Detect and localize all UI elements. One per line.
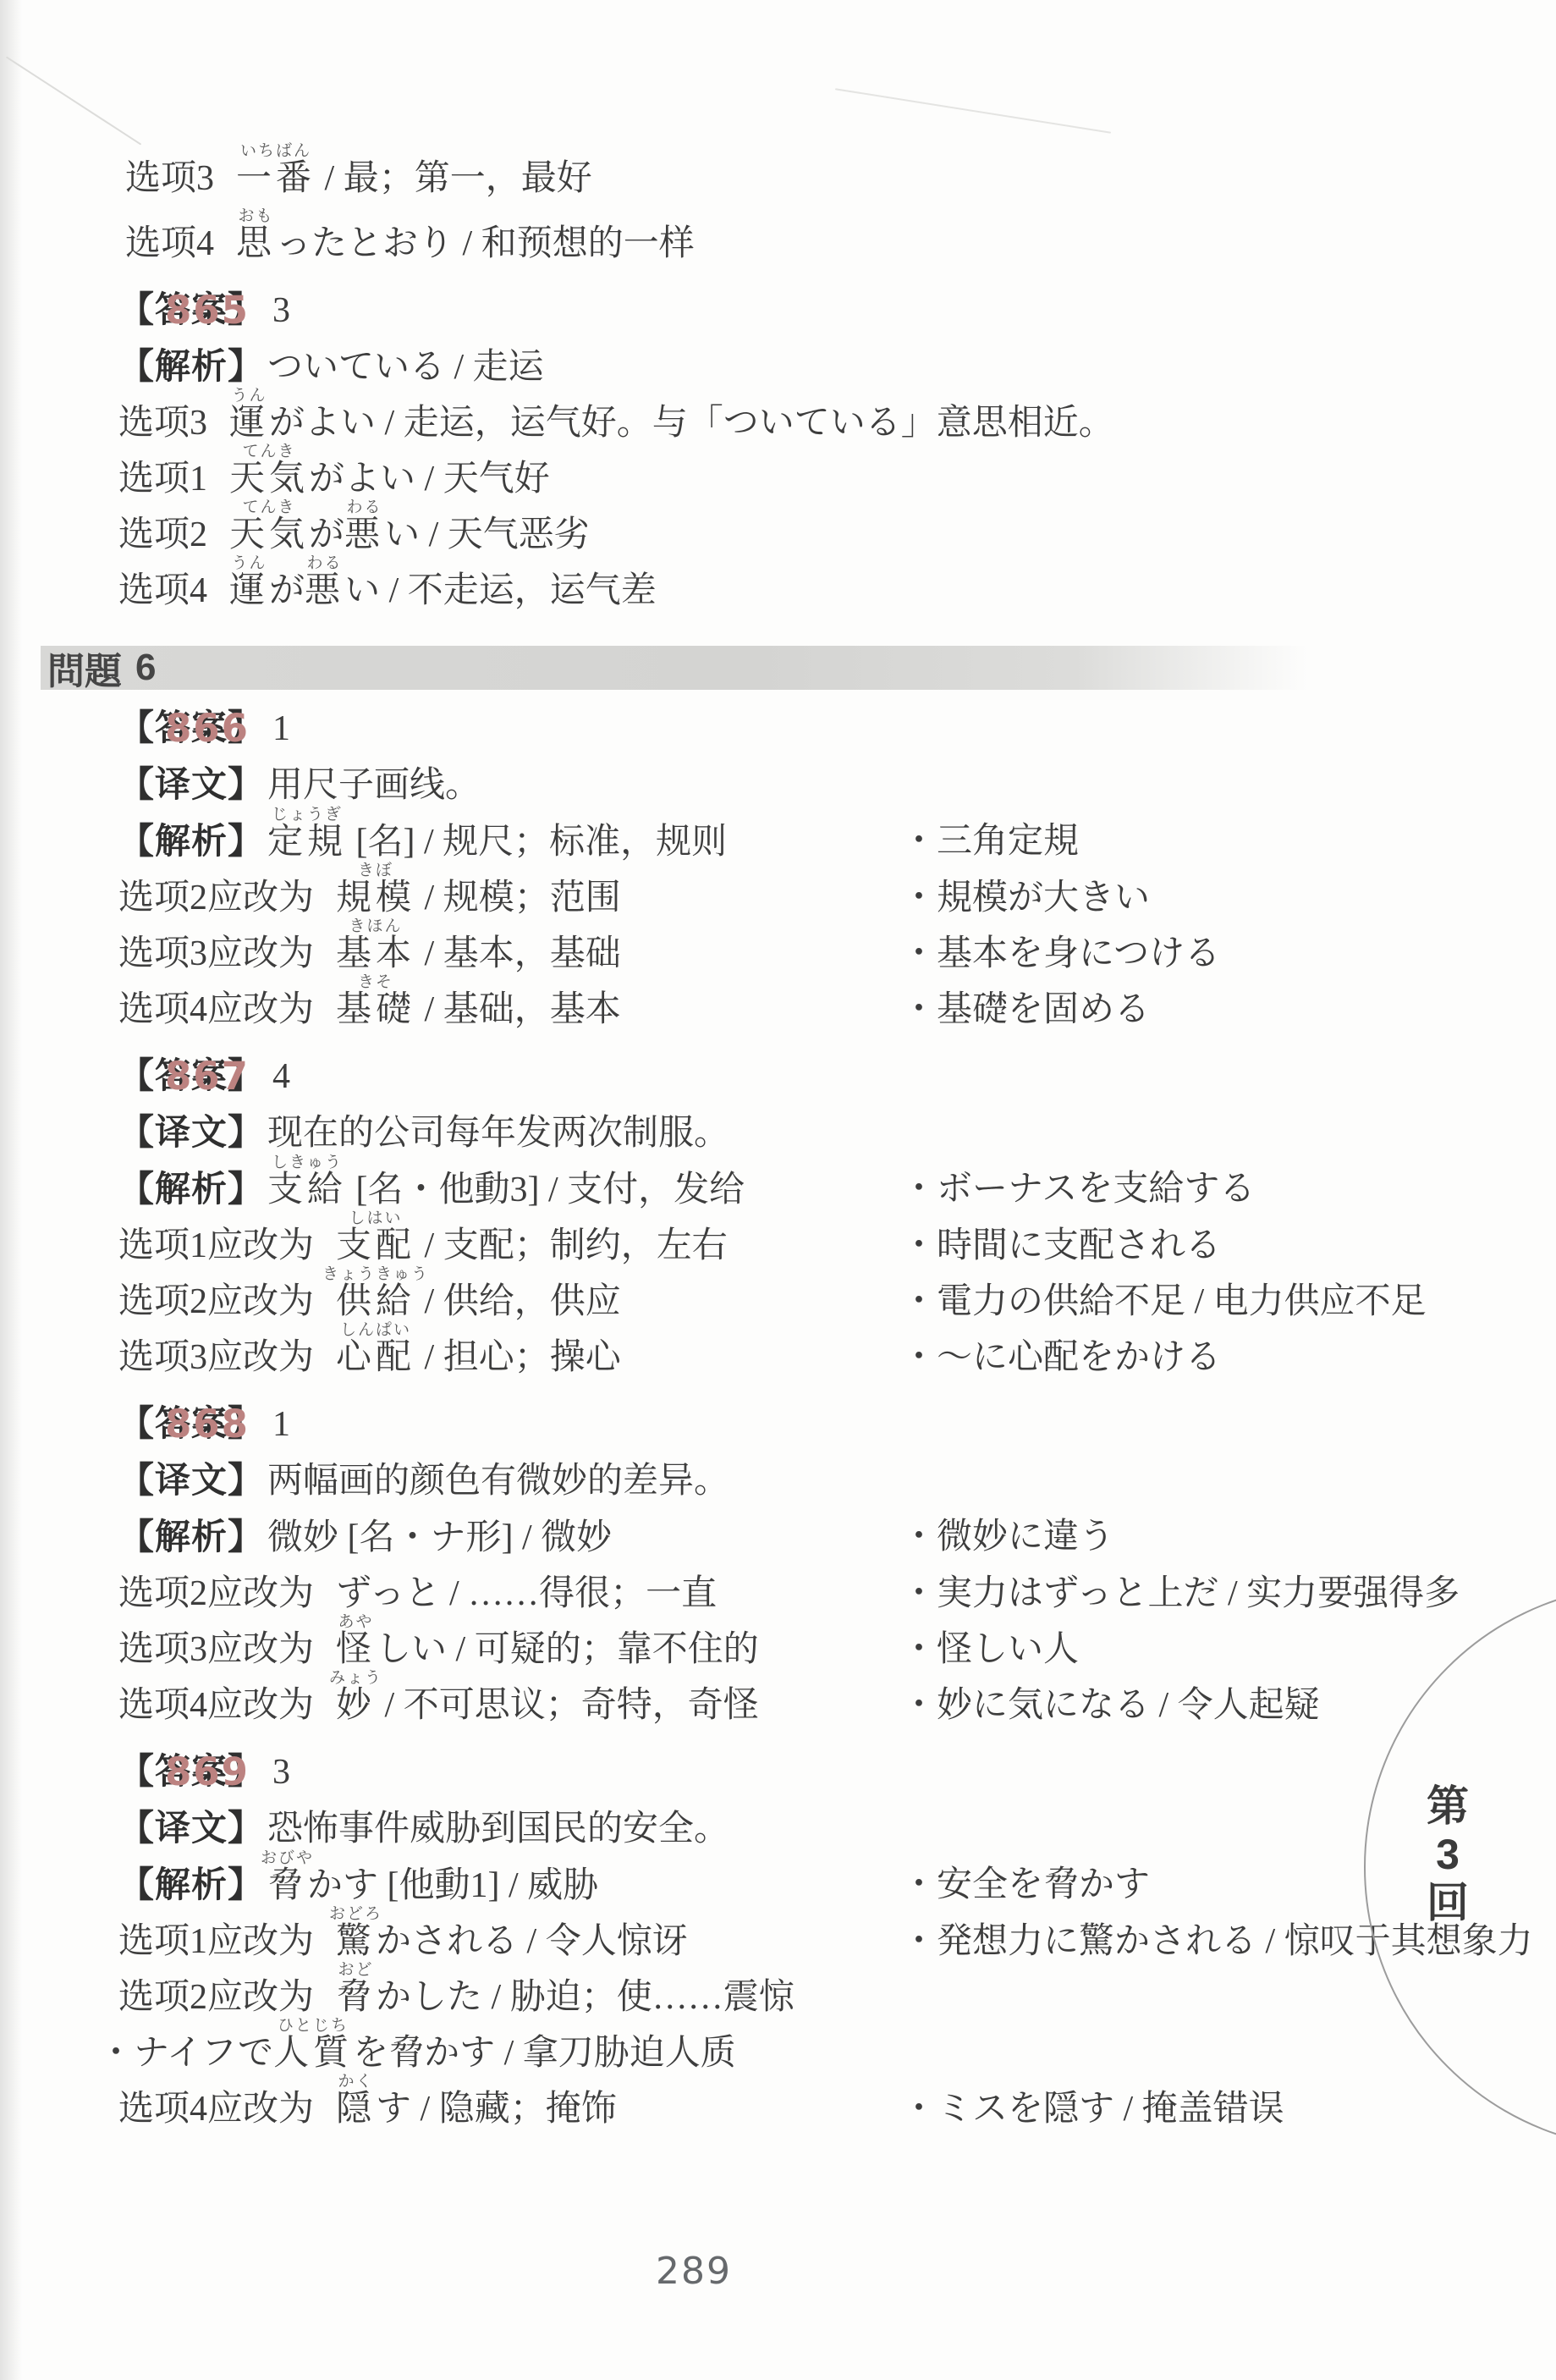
analysis-row: 【解析】 しきゅう支給 [名・他動3] / 支付，发给 ・ボーナスを支給する: [118, 1168, 1556, 1211]
answer-row: 867 【答案】 4: [118, 1055, 1556, 1098]
answer-value: 4: [272, 1055, 290, 1098]
answer-value: 3: [272, 1751, 290, 1793]
analysis-label: 【解析】: [118, 820, 264, 862]
option-row: 选项3应改为 きほん基本 / 基本，基础 ・基本を身につける: [118, 933, 1556, 975]
usage-example: ・規模が大きい: [901, 877, 1150, 919]
option-label: 选项2应改为: [118, 1573, 314, 1615]
option-row: 选项2应改为 きぼ規模 / 规模；范围 ・規模が大きい: [118, 877, 1556, 919]
translation-label: 【译文】: [118, 1111, 264, 1154]
answer-entry-865: 865 【答案】 3 【解析】 ついている / 走运 选项3 うん運がよい / …: [0, 289, 1556, 612]
usage-example: ・三角定規: [901, 820, 1079, 862]
usage-example: ・微妙に違う: [901, 1516, 1114, 1558]
analysis-row: 【解析】 微妙 [名・ナ形] / 微妙 ・微妙に違う: [118, 1516, 1556, 1559]
option-text: しはい支配 / 支配；制约，左右: [336, 1225, 728, 1267]
option-row: 选项3应改为 しんぱい心配 / 担心；操心 ・～に心配をかける: [118, 1336, 1556, 1379]
option-row: 选项1应改为 おどろ驚かされる / 令人惊讶 ・発想力に驚かされる / 惊叹于其…: [118, 1920, 1556, 1963]
side-tab-char: 第: [1423, 1782, 1472, 1831]
option-row: 选项4应改为 きそ基礎 / 基础，基本 ・基礎を固める: [118, 989, 1556, 1031]
answer-value: 1: [272, 1403, 290, 1446]
usage-example: ・基本を身につける: [901, 933, 1220, 975]
option-row: 选项3应改为 あや怪しい / 可疑的；靠不住的 ・怪しい人: [118, 1628, 1556, 1671]
answer-value: 3: [272, 289, 290, 332]
option-text: きそ基礎 / 基础，基本: [336, 989, 621, 1031]
option-label: 选项3应改为: [118, 1336, 314, 1379]
page-content: 选项3 いちばん一番 / 最；第一，最好 选项4 おも思ったとおり / 和预想的…: [0, 0, 1556, 2130]
analysis-label: 【解析】: [118, 1864, 264, 1906]
usage-example: ・妙に気になる / 令人起疑: [901, 1684, 1320, 1727]
translation-text: 恐怖事件威胁到国民的安全。: [267, 1808, 729, 1850]
option-label: 选项4: [118, 570, 207, 612]
option-text: てんき天気がわる悪い / 天气恶劣: [229, 514, 590, 556]
analysis-row: 【解析】 おびや脅かす [他動1] / 威胁 ・安全を脅かす: [118, 1864, 1556, 1907]
option-text: みょう妙 / 不可思议；奇特，奇怪: [336, 1684, 759, 1727]
option-text: きぼ規模 / 规模；范围: [336, 877, 621, 919]
translation-label: 【译文】: [118, 1459, 264, 1501]
analysis-label: 【解析】: [118, 345, 264, 388]
option-text: きほん基本 / 基本，基础: [336, 933, 621, 975]
option-row: 选项2应改为 おど脅かした / 胁迫；使……震惊: [118, 1976, 1556, 2019]
option-row: 选项4应改为 みょう妙 / 不可思议；奇特，奇怪 ・妙に気になる / 令人起疑: [118, 1684, 1556, 1727]
option-row: 选项1应改为 しはい支配 / 支配；制约，左右 ・時間に支配される: [118, 1225, 1556, 1267]
option-label: 选项3: [125, 157, 214, 200]
option-row: 选项3 うん運がよい / 走运，运气好。与「ついている」意思相近。: [118, 402, 1556, 444]
analysis-row: 【解析】 じょうぎ定規 [名] / 规尺；标准，规则 ・三角定規: [118, 820, 1556, 863]
option-label: 选项4应改为: [118, 1684, 314, 1727]
side-tab-label: 第 3 回: [1423, 1782, 1472, 1927]
analysis-text: ついている / 走运: [267, 346, 544, 388]
option-row: 选项4应改为 かく隠す / 隐藏；掩饰 ・ミスを隠す / 掩盖错误: [118, 2088, 1556, 2130]
answer-row: 868 【答案】 1: [118, 1402, 1556, 1446]
analysis-text: しきゅう支給 [名・他動3] / 支付，发给: [267, 1169, 745, 1211]
option-label: 选项3应改为: [118, 1628, 314, 1671]
option-label: 选项4应改为: [118, 2088, 314, 2130]
answer-row: 869 【答案】 3: [118, 1750, 1556, 1793]
usage-example: ・ミスを隠す / 掩盖错误: [901, 2088, 1284, 2130]
option-row: 选项2应改为 ずっと / ……得很；一直 ・実力はずっと上だ / 实力要强得多: [118, 1573, 1556, 1615]
option-label: 选项1应改为: [118, 1225, 314, 1267]
option-label: 选项4: [125, 223, 214, 265]
translation-row: 【译文】 现在的公司每年发两次制服。: [118, 1111, 1556, 1154]
option-row: 选项4 おも思ったとおり / 和预想的一样: [125, 223, 1556, 265]
translation-row: 【译文】 用尺子画线。: [118, 763, 1556, 807]
option-text: かく隠す / 隐藏；掩饰: [336, 2088, 617, 2130]
option-label: 选项3: [118, 402, 207, 444]
answer-entry-869: 869 【答案】 3 【译文】 恐怖事件威胁到国民的安全。 【解析】 おびや脅か…: [0, 1750, 1556, 2130]
carryover-options: 选项3 いちばん一番 / 最；第一，最好 选项4 おも思ったとおり / 和预想的…: [0, 157, 1556, 265]
book-page: { "labels": { "answer": "【答案】", "transla…: [0, 0, 1556, 2380]
translation-text: 用尺子画线。: [267, 764, 481, 807]
option-row: 选项2 てんき天気がわる悪い / 天气恶劣: [118, 514, 1556, 556]
translation-text: 现在的公司每年发两次制服。: [267, 1112, 729, 1154]
answer-value: 1: [272, 708, 290, 750]
page-number: 289: [656, 2250, 732, 2293]
usage-example: ・怪しい人: [901, 1628, 1079, 1671]
continuation-line: ・ナイフでひとじち人質を脅かす / 拿刀胁迫人质: [98, 2032, 1556, 2074]
analysis-text: じょうぎ定規 [名] / 规尺；标准，规则: [267, 821, 727, 863]
option-text: いちばん一番 / 最；第一，最好: [236, 157, 592, 200]
option-label: 选项3应改为: [118, 933, 314, 975]
answer-entry-868: 868 【答案】 1 【译文】 两幅画的颜色有微妙的差异。 【解析】 微妙 [名…: [0, 1402, 1556, 1727]
option-text: しんぱい心配 / 担心；操心: [336, 1336, 621, 1379]
option-text: おも思ったとおり / 和预想的一样: [236, 223, 695, 265]
analysis-text: おびや脅かす [他動1] / 威胁: [267, 1865, 598, 1907]
option-row: 选项1 てんき天気がよい / 天气好: [118, 458, 1556, 500]
entry-number: 868: [165, 1404, 250, 1445]
translation-label: 【译文】: [118, 1807, 264, 1849]
answer-row: 866 【答案】 1: [118, 707, 1556, 750]
analysis-label: 【解析】: [118, 1168, 264, 1210]
analysis-label: 【解析】: [118, 1516, 264, 1558]
translation-label: 【译文】: [118, 763, 264, 806]
answer-entry-866: 866 【答案】 1 【译文】 用尺子画线。 【解析】 じょうぎ定規 [名] /…: [0, 707, 1556, 1031]
analysis-row: 【解析】 ついている / 走运: [118, 345, 1556, 388]
option-label: 选项1: [118, 458, 207, 500]
usage-example: ・安全を脅かす: [901, 1864, 1150, 1906]
usage-example: ・実力はずっと上だ / 实力要强得多: [901, 1573, 1460, 1615]
entry-number: 869: [165, 1752, 250, 1793]
entry-number: 865: [165, 290, 250, 331]
option-text: おどろ驚かされる / 令人惊讶: [336, 1920, 688, 1963]
option-row: 选项2应改为 きょうきゅう供給 / 供给，供应 ・電力の供給不足 / 电力供应不…: [118, 1281, 1556, 1323]
option-label: 选项2应改为: [118, 1281, 314, 1323]
entry-number: 867: [165, 1056, 250, 1097]
option-text: てんき天気がよい / 天气好: [229, 458, 550, 500]
option-label: 选项1应改为: [118, 1920, 314, 1963]
translation-row: 【译文】 恐怖事件威胁到国民的安全。: [118, 1807, 1556, 1850]
section-header-bar: 問題 6: [41, 646, 1333, 690]
translation-text: 两幅画的颜色有微妙的差异。: [267, 1460, 729, 1502]
option-label: 选项2应改为: [118, 877, 314, 919]
option-text: あや怪しい / 可疑的；靠不住的: [336, 1628, 759, 1671]
usage-example: ・時間に支配される: [901, 1225, 1221, 1267]
usage-example: ・ボーナスを支給する: [901, 1168, 1255, 1210]
analysis-text: 微妙 [名・ナ形] / 微妙: [267, 1517, 612, 1559]
option-label: 选项4应改为: [118, 989, 314, 1031]
option-text: おど脅かした / 胁迫；使……震惊: [336, 1976, 794, 2019]
option-row: 选项3 いちばん一番 / 最；第一，最好: [125, 157, 1556, 200]
translation-row: 【译文】 两幅画的颜色有微妙的差异。: [118, 1459, 1556, 1502]
option-text: うん運がわる悪い / 不走运，运气差: [229, 570, 657, 612]
usage-example: ・～に心配をかける: [901, 1336, 1221, 1379]
section-header-label: 問題: [47, 641, 122, 695]
option-row: 选项4 うん運がわる悪い / 不走运，运气差: [118, 570, 1556, 612]
entry-number: 866: [165, 708, 250, 749]
answer-entry-867: 867 【答案】 4 【译文】 现在的公司每年发两次制服。 【解析】 しきゅう支…: [0, 1055, 1556, 1379]
option-text: きょうきゅう供給 / 供给，供应: [336, 1281, 621, 1323]
option-text: うん運がよい / 走运，运气好。与「ついている」意思相近。: [229, 402, 1114, 444]
section-header-number: 6: [135, 647, 156, 689]
option-text: ずっと / ……得很；一直: [336, 1573, 717, 1615]
usage-example: ・基礎を固める: [901, 989, 1150, 1031]
answer-row: 865 【答案】 3: [118, 289, 1556, 332]
side-tab-char: 3: [1423, 1831, 1472, 1879]
option-label: 选项2: [118, 514, 207, 556]
option-label: 选项2应改为: [118, 1976, 314, 2019]
usage-example: ・電力の供給不足 / 电力供应不足: [901, 1281, 1427, 1323]
option-text: ・ナイフでひとじち人質を脅かす / 拿刀胁迫人质: [98, 2032, 736, 2074]
side-tab-char: 回: [1423, 1879, 1472, 1927]
